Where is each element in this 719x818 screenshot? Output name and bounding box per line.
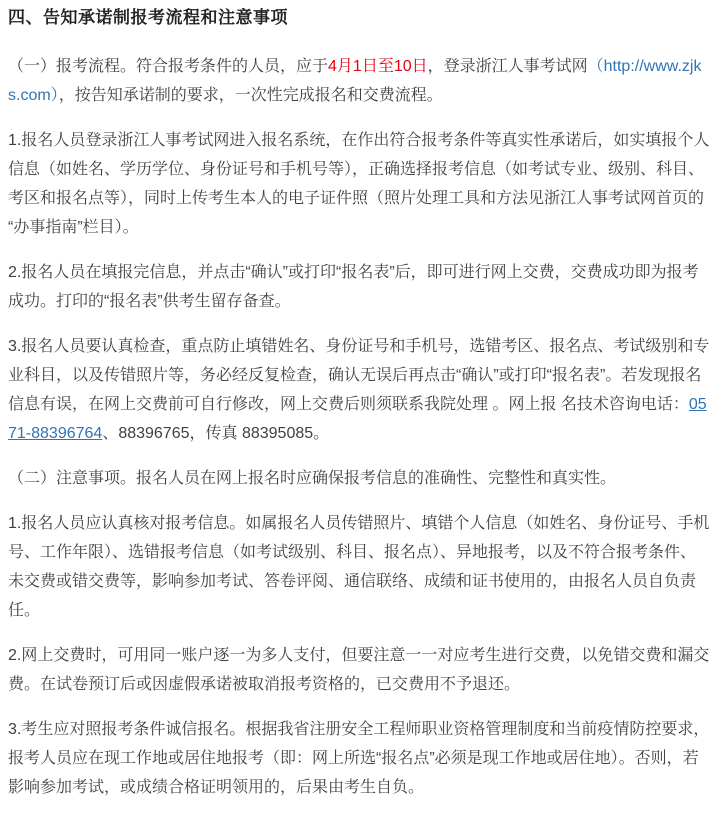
text-segment: 1.报名人员登录浙江人事考试网进入报名系统，在作出符合报考条件等真实性承诺后，如… <box>8 132 709 236</box>
text-segment: 3.考生应对照报考条件诚信报名。根据我省注册安全工程师职业资格管理制度和当前疫情… <box>8 721 709 796</box>
text-segment: 1.报名人员应认真核对报考信息。如属报名人员传错照片、填错个人信息（如姓名、身份… <box>8 515 709 619</box>
article-body: （一）报考流程。符合报考条件的人员，应于4月1日至10日，登录浙江人事考试网（h… <box>8 52 710 802</box>
date-range-highlight: 4月1日至10日 <box>328 58 428 75</box>
text-segment: 3.报名人员要认真检查，重点防止填错姓名、身份证号和手机号，选错考区、报名点、考… <box>8 338 709 413</box>
text-segment: 2.网上交费时，可用同一账户逐一为多人支付，但要注意一一对应考生进行交费，以免错… <box>8 647 709 693</box>
text-segment: ，登录浙江人事考试网 <box>428 58 588 75</box>
para-1-step-1: 1.报名人员登录浙江人事考试网进入报名系统，在作出符合报考条件等真实性承诺后，如… <box>8 126 710 242</box>
article-title: 四、告知承诺制报考流程和注意事项 <box>8 6 710 30</box>
para-2-note-2: 2.网上交费时，可用同一账户逐一为多人支付，但要注意一一对应考生进行交费，以免错… <box>8 641 710 699</box>
para-2-notes-heading: （二）注意事项。报名人员在网上报名时应确保报考信息的准确性、完整性和真实性。 <box>8 464 710 493</box>
para-2-note-3: 3.考生应对照报考条件诚信报名。根据我省注册安全工程师职业资格管理制度和当前疫情… <box>8 715 710 802</box>
para-1-registration-process: （一）报考流程。符合报考条件的人员，应于4月1日至10日，登录浙江人事考试网（h… <box>8 52 710 110</box>
text-segment: ，按告知承诺制的要求，一次性完成报名和交费流程。 <box>59 87 443 104</box>
text-segment: （二）注意事项。报名人员在网上报名时应确保报考信息的准确性、完整性和真实性。 <box>8 470 616 487</box>
para-1-step-2: 2.报名人员在填报完信息，并点击“确认”或打印“报名表”后，即可进行网上交费，交… <box>8 258 710 316</box>
para-2-note-1: 1.报名人员应认真核对报考信息。如属报名人员传错照片、填错个人信息（如姓名、身份… <box>8 509 710 625</box>
para-1-step-3: 3.报名人员要认真检查，重点防止填错姓名、身份证号和手机号，选错考区、报名点、考… <box>8 332 710 448</box>
text-segment: 、88396765，传真 88395085。 <box>102 425 329 442</box>
text-segment: （一）报考流程。符合报考条件的人员，应于 <box>8 58 328 75</box>
notice-article: 四、告知承诺制报考流程和注意事项 （一）报考流程。符合报考条件的人员，应于4月1… <box>0 0 719 812</box>
text-segment: 2.报名人员在填报完信息，并点击“确认”或打印“报名表”后，即可进行网上交费，交… <box>8 264 699 310</box>
